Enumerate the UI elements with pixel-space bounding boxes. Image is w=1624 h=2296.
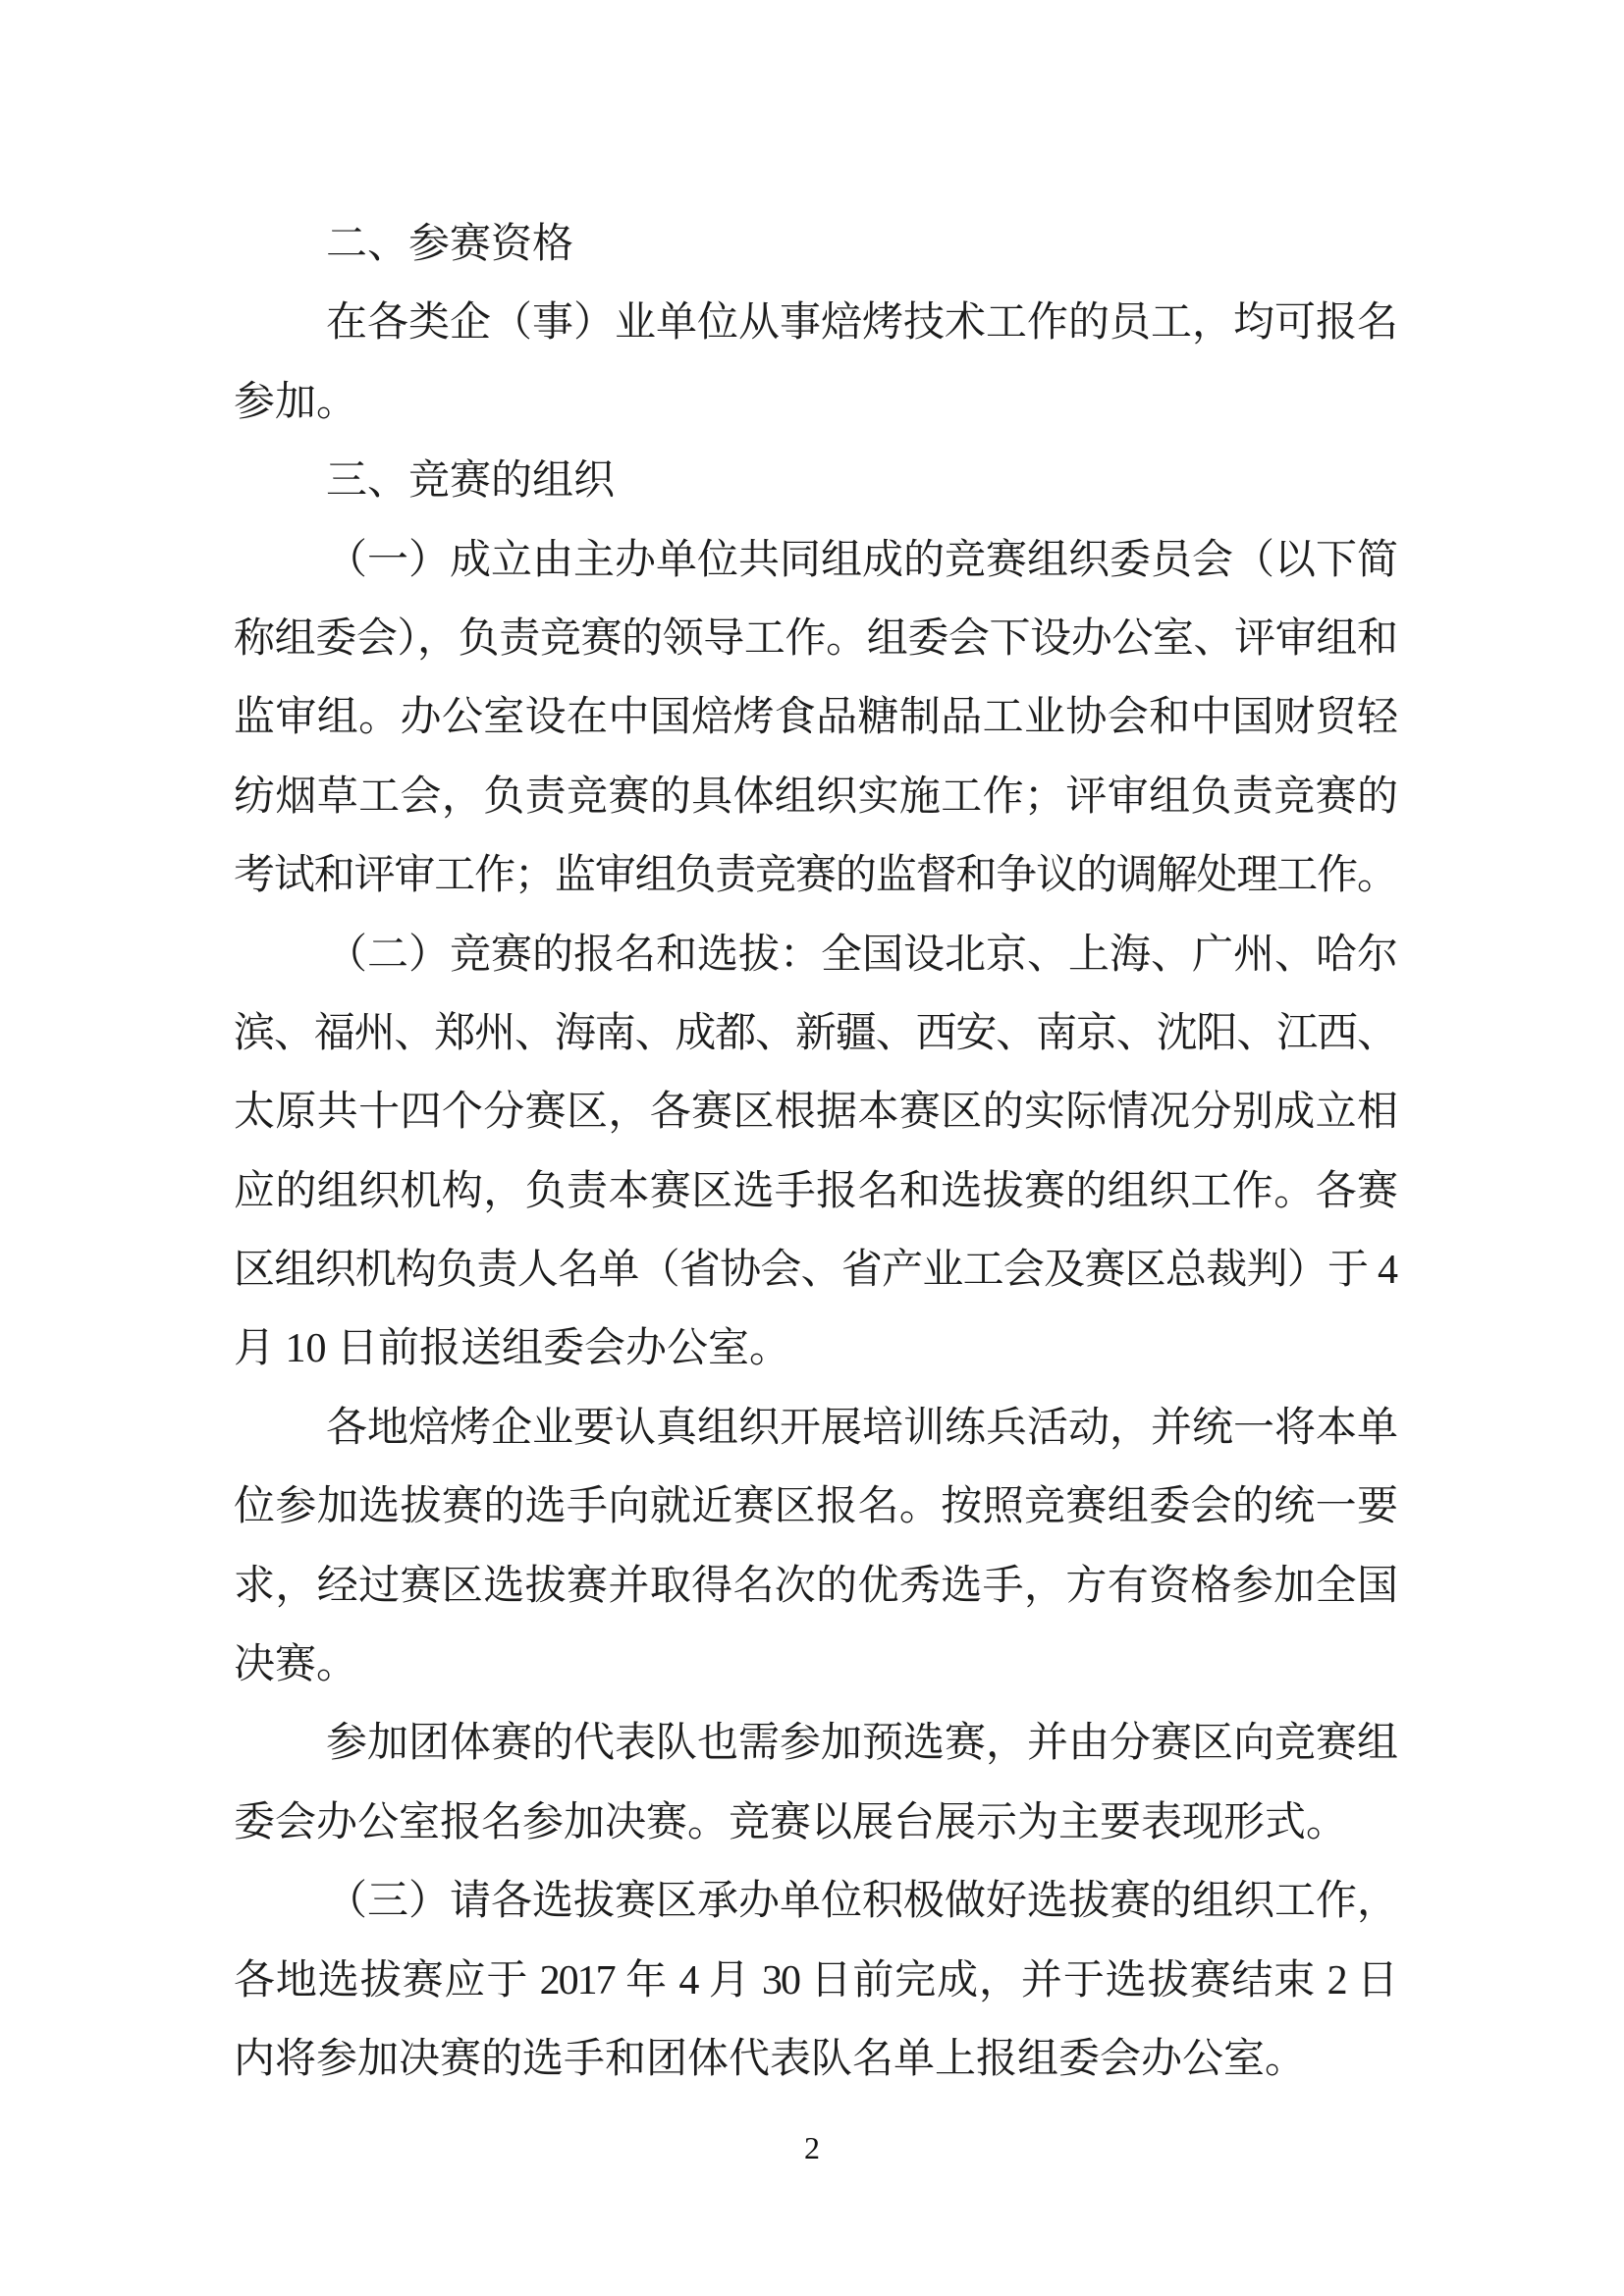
document-page: 二、参赛资格在各类企（事）业单位从事焙烤技术工作的员工，均可报名参加。三、竞赛的… (0, 0, 1624, 2296)
text-line: 二、参赛资格 (234, 205, 1396, 284)
text-line: 参加团体赛的代表队也需参加预选赛，并由分赛区向竞赛组 (234, 1704, 1396, 1783)
text-line: 位参加选拔赛的选手向就近赛区报名。按照竞赛组委会的统一要 (234, 1468, 1396, 1546)
text-line: （三）请各选拔赛区承办单位积极做好选拔赛的组织工作， (234, 1862, 1396, 1941)
page-number: 2 (0, 2128, 1624, 2167)
text-line: 三、竞赛的组织 (234, 442, 1396, 520)
text-line: 求，经过赛区选拔赛并取得名次的优秀选手，方有资格参加全国 (234, 1547, 1396, 1626)
text-line: 监审组。办公室设在中国焙烤食品糖制品工业协会和中国财贸轻 (234, 678, 1396, 757)
text-line: 在各类企（事）业单位从事焙烤技术工作的员工，均可报名 (234, 284, 1396, 362)
text-line: 纺烟草工会，负责竞赛的具体组织实施工作；评审组负责竞赛的 (234, 758, 1396, 836)
text-line: 委会办公室报名参加决赛。竞赛以展台展示为主要表现形式。 (234, 1784, 1396, 1862)
text-line: 区组织机构负责人名单（省协会、省产业工会及赛区总裁判）于 4 (234, 1231, 1396, 1309)
text-line: 滨、福州、郑州、海南、成都、新疆、西安、南京、沈阳、江西、 (234, 994, 1396, 1073)
text-line: 称组委会），负责竞赛的领导工作。组委会下设办公室、评审组和 (234, 600, 1396, 678)
text-line: 考试和评审工作；监审组负责竞赛的监督和争议的调解处理工作。 (234, 836, 1396, 915)
text-line: 各地选拔赛应于 2017 年 4 月 30 日前完成，并于选拔赛结束 2 日 (234, 1942, 1396, 2020)
text-line: （二）竞赛的报名和选拔：全国设北京、上海、广州、哈尔 (234, 916, 1396, 994)
text-line: 月 10 日前报送组委会办公室。 (234, 1309, 1396, 1388)
text-line: 决赛。 (234, 1626, 1396, 1704)
text-line: 应的组织机构，负责本赛区选手报名和选拔赛的组织工作。各赛 (234, 1152, 1396, 1231)
text-line: 内将参加决赛的选手和团体代表队名单上报组委会办公室。 (234, 2020, 1396, 2099)
text-line: 太原共十四个分赛区，各赛区根据本赛区的实际情况分别成立相 (234, 1073, 1396, 1151)
text-line: （一）成立由主办单位共同组成的竞赛组织委员会（以下简 (234, 521, 1396, 600)
text-line: 参加。 (234, 363, 1396, 442)
text-line: 各地焙烤企业要认真组织开展培训练兵活动，并统一将本单 (234, 1389, 1396, 1468)
document-body: 二、参赛资格在各类企（事）业单位从事焙烤技术工作的员工，均可报名参加。三、竞赛的… (234, 205, 1396, 2099)
